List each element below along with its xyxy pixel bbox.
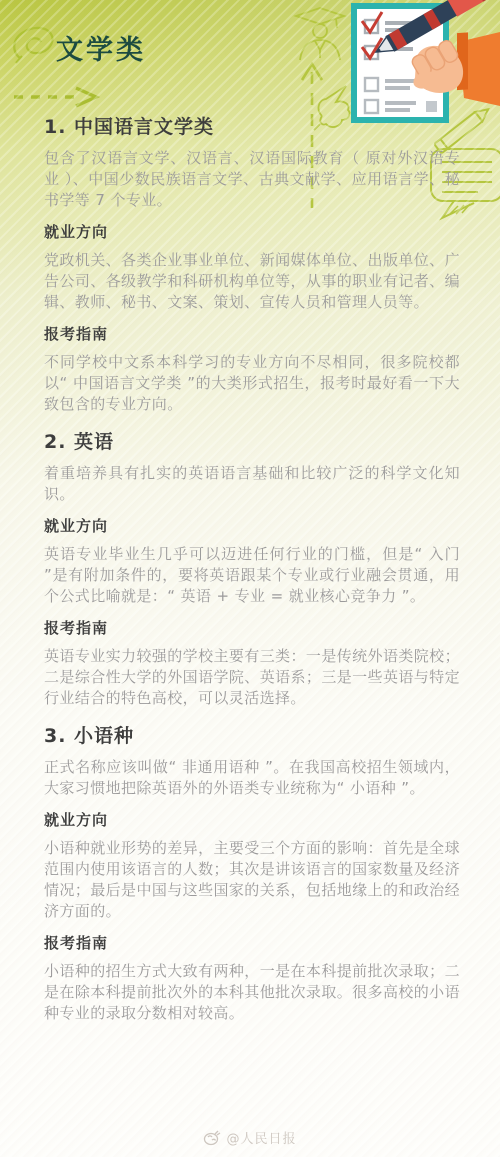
content-area: 1. 中国语言文学类 包含了汉语言文学、汉语言、汉语国际教育（ 原对外汉语专业 … bbox=[44, 112, 460, 1033]
quill-doodle-icon bbox=[10, 20, 62, 66]
employment-text: 小语种就业形势的差异，主要受三个方面的影响：首先是全球范围内使用该语言的人数；其… bbox=[44, 838, 460, 922]
guide-text: 英语专业实力较强的学校主要有三类：一是传统外语类院校；二是综合性大学的外国语学院… bbox=[44, 646, 460, 709]
checklist-hand-pen-illustration bbox=[330, 0, 500, 128]
credit-logo-icon bbox=[203, 1130, 221, 1146]
section-minor-languages: 3. 小语种 正式名称应该叫做“ 非通用语种 ”。在我国高校招生领域内，大家习惯… bbox=[44, 721, 460, 1024]
section-heading: 3. 小语种 bbox=[44, 721, 460, 748]
section-intro: 着重培养具有扎实的英语语言基础和比较广泛的科学文化知识。 bbox=[44, 463, 460, 505]
section-heading: 1. 中国语言文学类 bbox=[44, 112, 460, 139]
employment-text: 党政机关、各类企业事业单位、新闻媒体单位、出版单位、广告公司、各级教学和科研机构… bbox=[44, 250, 460, 313]
guide-label: 报考指南 bbox=[44, 617, 460, 638]
guide-label: 报考指南 bbox=[44, 932, 460, 953]
section-intro: 正式名称应该叫做“ 非通用语种 ”。在我国高校招生领域内，大家习惯地把除英语外的… bbox=[44, 757, 460, 799]
guide-label: 报考指南 bbox=[44, 323, 460, 344]
employment-label: 就业方向 bbox=[44, 221, 460, 242]
footer-credit: @人民日报 bbox=[0, 1128, 500, 1147]
page-title: 文学类 bbox=[56, 28, 146, 67]
section-chinese-language: 1. 中国语言文学类 包含了汉语言文学、汉语言、汉语国际教育（ 原对外汉语专业 … bbox=[44, 112, 460, 415]
guide-text: 小语种的招生方式大致有两种，一是在本科提前批次录取；二是在除本科提前批次外的本科… bbox=[44, 961, 460, 1024]
employment-label: 就业方向 bbox=[44, 809, 460, 830]
infographic-poster: 文学类 1. 中国语言文学类 包含了汉语言文学、汉语言、汉语国际教育（ 原对外汉… bbox=[0, 0, 500, 1157]
employment-text: 英语专业毕业生几乎可以迈进任何行业的门槛，但是“ 入门 ”是有附加条件的，要将英… bbox=[44, 544, 460, 607]
section-english: 2. 英语 着重培养具有扎实的英语语言基础和比较广泛的科学文化知识。 就业方向 … bbox=[44, 427, 460, 709]
employment-label: 就业方向 bbox=[44, 515, 460, 536]
dashed-arrow-icon bbox=[12, 86, 102, 108]
credit-text: @人民日报 bbox=[226, 1128, 296, 1147]
section-intro: 包含了汉语言文学、汉语言、汉语国际教育（ 原对外汉语专业 ）、中国少数民族语言文… bbox=[44, 148, 460, 211]
section-heading: 2. 英语 bbox=[44, 427, 460, 454]
guide-text: 不同学校中文系本科学习的专业方向不尽相同，很多院校都以“ 中国语言文学类 ”的大… bbox=[44, 352, 460, 415]
